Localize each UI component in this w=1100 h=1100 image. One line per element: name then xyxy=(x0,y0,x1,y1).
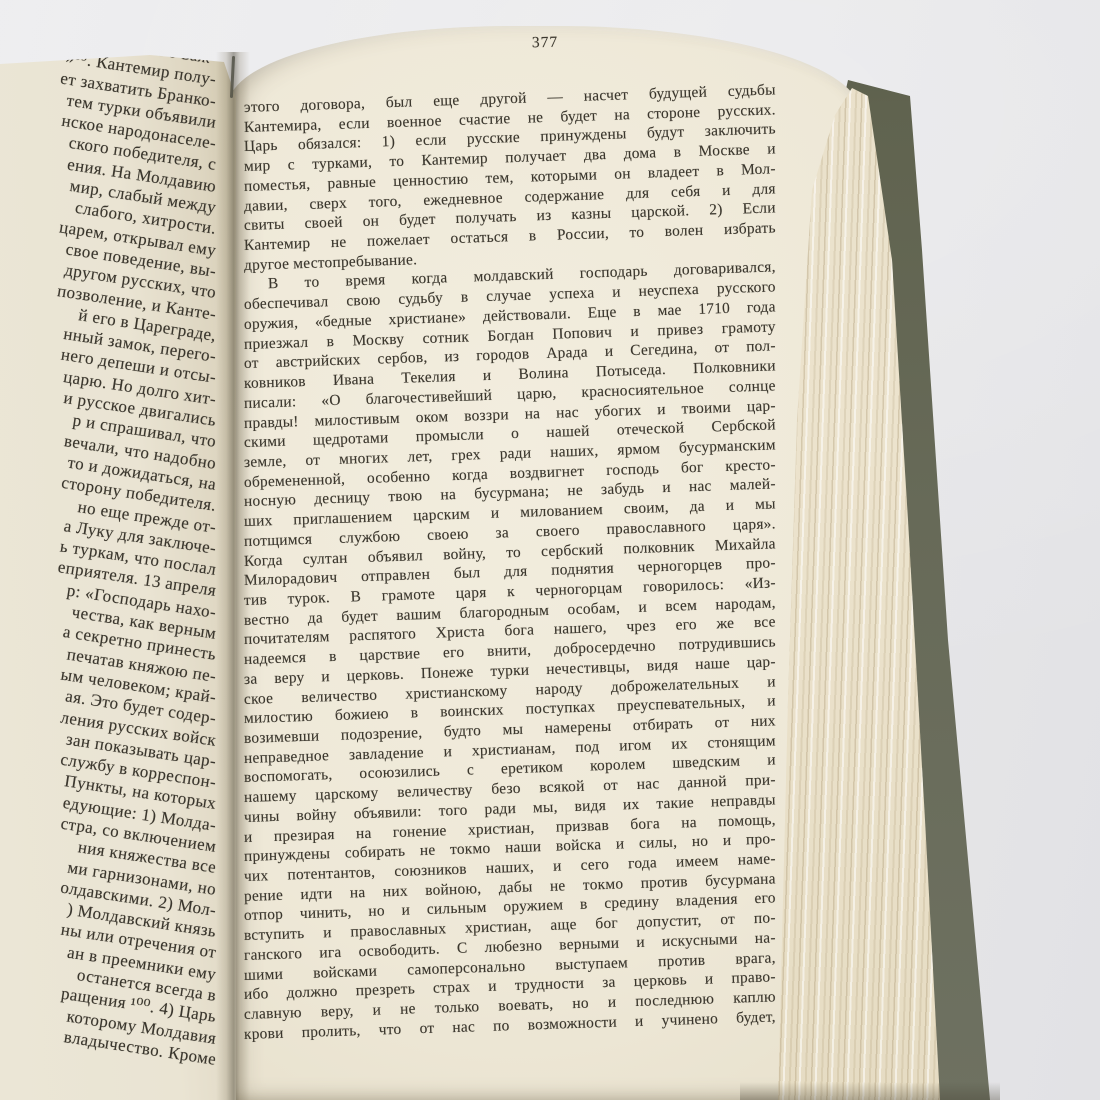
book-bottom-shadow xyxy=(740,1082,1000,1100)
left-page: у сноситься я о важ-»⁹⁹. Кантемир полу-е… xyxy=(0,0,236,1100)
left-page-text: у сноситься я о важ-»⁹⁹. Кантемир полу-е… xyxy=(0,48,216,1070)
paragraph: В то время когда молдавский господарь до… xyxy=(244,275,776,1044)
paragraph: этого договора, был еще другой — насчет … xyxy=(244,98,776,275)
page-number: 377 xyxy=(229,27,861,58)
gutter-shadow xyxy=(216,52,250,1100)
right-page-text: этого договора, был еще другой — насчет … xyxy=(244,98,776,1045)
right-page: этого договора, был еще другой — насчет … xyxy=(229,26,861,1100)
photo-background: этого договора, был еще другой — насчет … xyxy=(0,0,1100,1100)
